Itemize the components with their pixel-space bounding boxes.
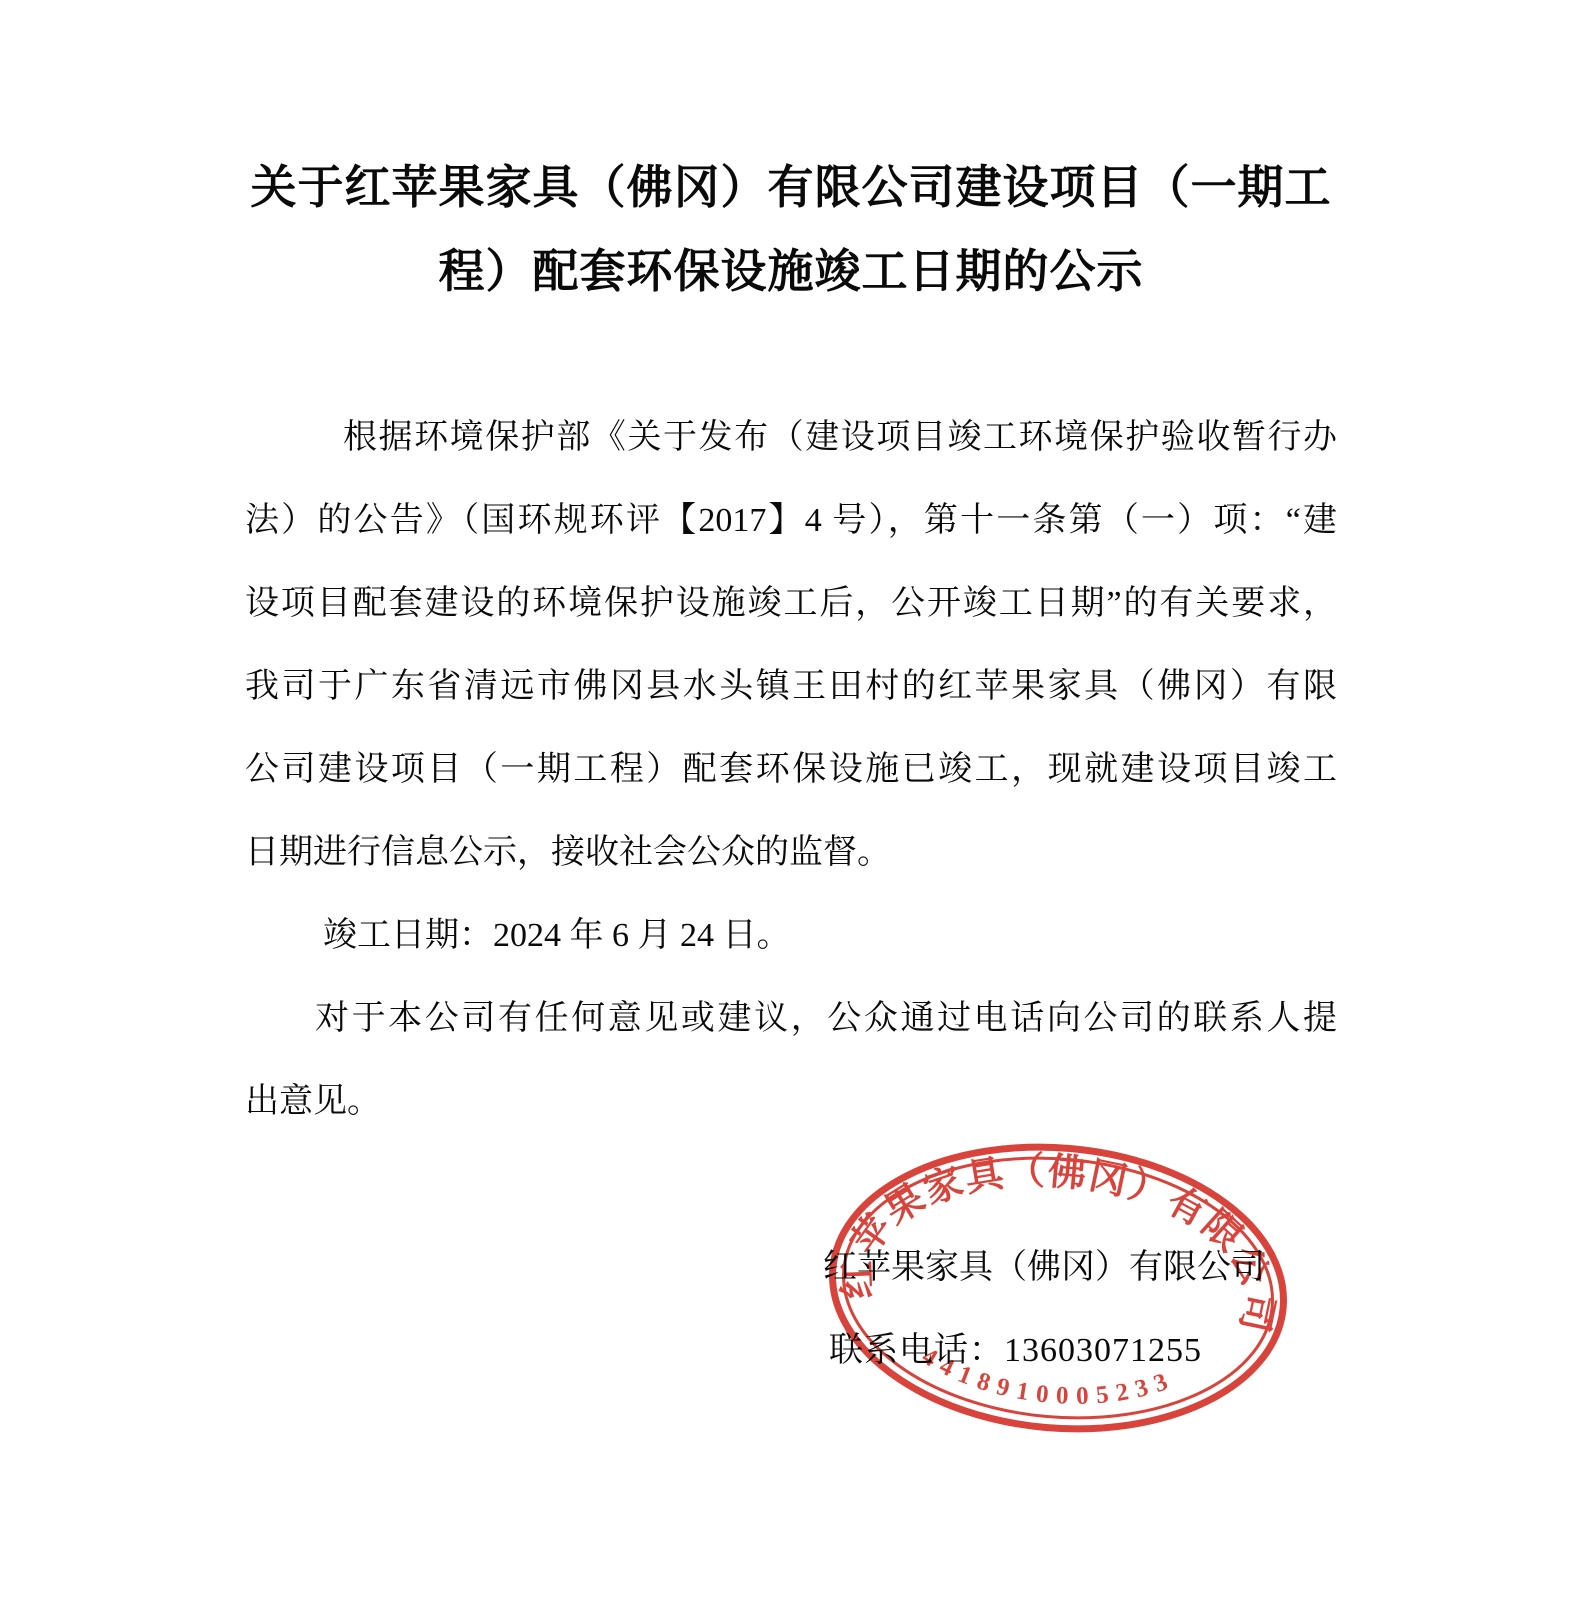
body-line: 法）的公告》（国环规环评【2017】4 号），第十一条第（一）项：“建: [245, 479, 1337, 562]
document-title: 关于红苹果家具（佛冈）有限公司建设项目（一期工 程）配套环保设施竣工日期的公示: [245, 146, 1337, 314]
body-line: 对于本公司有任何意见或建议，公众通过电话向公司的联系人提: [245, 977, 1337, 1060]
signature-company-name: 红苹果家具（佛冈）有限公司: [245, 1226, 1337, 1309]
body-line: 我司于广东省清远市佛冈县水头镇王田村的红苹果家具（佛冈）有限: [245, 645, 1337, 728]
body-line: 出意见。: [245, 1060, 1337, 1143]
signature-phone: 联系电话：13603071255: [245, 1309, 1337, 1392]
notice-document-page: 关于红苹果家具（佛冈）有限公司建设项目（一期工 程）配套环保设施竣工日期的公示 …: [0, 0, 1587, 1601]
document-body: 根据环境保护部《关于发布（建设项目竣工环境保护验收暂行办 法）的公告》（国环规环…: [245, 396, 1337, 1392]
blank-line: [245, 1143, 1337, 1226]
title-line-2: 程）配套环保设施竣工日期的公示: [245, 230, 1337, 314]
body-line: 公司建设项目（一期工程）配套环保设施已竣工，现就建设项目竣工: [245, 728, 1337, 811]
body-line: 根据环境保护部《关于发布（建设项目竣工环境保护验收暂行办: [245, 396, 1337, 479]
body-line: 设项目配套建设的环境保护设施竣工后，公开竣工日期”的有关要求，: [245, 562, 1337, 645]
body-line: 日期进行信息公示，接收社会公众的监督。: [245, 811, 1337, 894]
title-line-1: 关于红苹果家具（佛冈）有限公司建设项目（一期工: [245, 146, 1337, 230]
completion-date-line: 竣工日期：2024 年 6 月 24 日。: [245, 894, 1337, 977]
